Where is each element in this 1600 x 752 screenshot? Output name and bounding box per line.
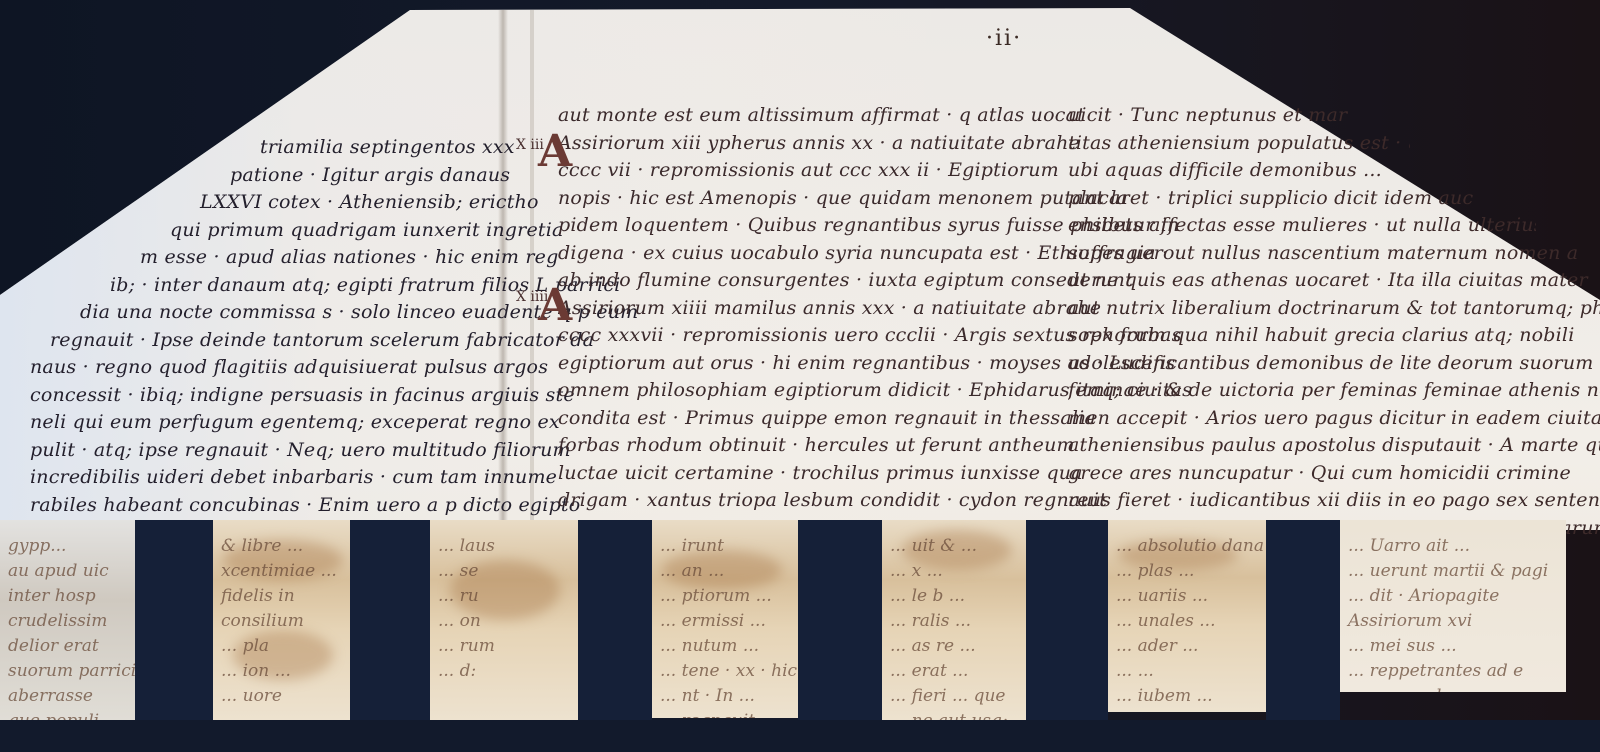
cut-gap [1266, 520, 1340, 752]
manuscript-line: us · Ludificantibus demonibus de lite de… [1068, 350, 1600, 378]
strip-line: ... pla [221, 634, 337, 659]
strip-line: ... d: [438, 659, 495, 684]
parchment-strip: ... absolutio dana... plas ...... uariis… [1108, 520, 1266, 712]
strip-line: ... uore [221, 684, 337, 709]
strip-line: ... ru [438, 584, 495, 609]
strip-line: inter hosp [8, 584, 135, 609]
strip-line: ... x ... [890, 559, 1008, 584]
strip-line: & libre ... [221, 534, 337, 559]
strip-line: ... absolutio dana [1116, 534, 1264, 559]
strip-line: ... uariis ... [1116, 584, 1264, 609]
decorated-initial: A [538, 280, 572, 331]
strip-line: fidelis in [221, 584, 337, 609]
manuscript-line: feminae · & de uictoria per feminas femi… [1068, 377, 1600, 405]
parchment-strip: ... uit & ...... x ...... le b ...... ra… [882, 520, 1026, 720]
strip-line: gypp... [8, 534, 135, 559]
strip-line: Assiriorum xvi [1348, 609, 1548, 634]
cut-gap [1026, 520, 1108, 752]
parchment-strip: ... irunt... an ...... ptiorum ...... er… [652, 520, 798, 718]
strip-line: aberrasse [8, 684, 135, 709]
strip-line: ... ralis ... [890, 609, 1008, 634]
strip-line: ... orum educere [1348, 684, 1548, 692]
strip-line: ... iubem ... [1116, 684, 1264, 709]
strip-line: ... ermissi ... [660, 609, 798, 634]
strip-line: ... dit · Ariopagite [1348, 584, 1548, 609]
parchment-strip: & libre ...xcentimiae ...fidelis inconsi… [213, 520, 350, 720]
strip-line: ... ion ... [221, 659, 337, 684]
strip-line: ... plas ... [1116, 559, 1264, 584]
strip-line: au apud uic [8, 559, 135, 584]
manuscript-line: ut ne quis eas athenas uocaret · Ita ill… [1068, 267, 1600, 295]
decorated-initial: A [538, 126, 572, 177]
manuscript-line: ensibus affectas esse mulieres · ut null… [1068, 212, 1536, 240]
strip-line: consilium [221, 609, 337, 634]
parchment-strip: ... laus... se... ru... on... rum... d: [430, 520, 578, 720]
strip-line: ... regnauit ... [660, 709, 798, 718]
cut-gap [350, 520, 430, 752]
strip-line: ... le b ... [890, 584, 1008, 609]
strip-line: ... se [438, 559, 495, 584]
manuscript-line: grece ares nuncupatur · Qui cum homicidi… [1068, 460, 1600, 488]
folio-number: ·ii· [986, 26, 1022, 51]
manuscript-line: reus fieret · iudicantibus xii diis in e… [1068, 487, 1600, 515]
strip-line: ... irunt [660, 534, 798, 559]
strip-line: ... unales ... [1116, 609, 1264, 634]
strip-line: ... Uarro ait ... [1348, 534, 1548, 559]
strip-line: ... laus [438, 534, 495, 559]
cut-gap [135, 520, 213, 752]
parchment-strip: ... Uarro ait ...... uerunt martii & pag… [1340, 520, 1566, 692]
strip-line: ... ... [1116, 659, 1264, 684]
strip-line: ... an ... [660, 559, 798, 584]
strip-line: ... nutum ... [660, 634, 798, 659]
strip-line: ... reppetrantes ad e [1348, 659, 1548, 684]
strip-line: ... nec · Anni ... [1116, 709, 1264, 712]
strip-line: crudelissim [8, 609, 135, 634]
strip-line: xcentimiae ... [221, 559, 337, 584]
parchment-strip: gypp...au apud uicinter hospcrudelissimd… [0, 520, 135, 720]
bottom-background [0, 720, 1600, 752]
strip-line: ... ne aut usq; [890, 709, 1008, 720]
strip-line: ... fieri ... que [890, 684, 1008, 709]
manuscript-line: titas atheniensium populatus est · q [1068, 130, 1410, 158]
manuscript-line: suffragia · ut nullus nascentium maternu… [1068, 240, 1578, 268]
strip-line: delior erat [8, 634, 135, 659]
strip-line: ... as re ... [890, 634, 1008, 659]
strip-line: ... uit & ... [890, 534, 1008, 559]
manuscript-line: placaret · triplici supplicio dicit idem… [1068, 185, 1494, 213]
cut-gap [578, 520, 652, 752]
manuscript-line: uicit · Tunc neptunus et mar [1068, 102, 1368, 130]
strip-line: ... on [438, 609, 495, 634]
manuscript-line: men accepit · Arios uero pagus dicitur i… [1068, 405, 1600, 433]
strip-line: ... tene · xx · hic tempor [660, 659, 798, 684]
manuscript-line: aut nutrix liberalium doctrinarum & tot … [1068, 295, 1600, 323]
manuscript-line: sophorum qua nihil habuit grecia clarius… [1068, 322, 1600, 350]
strip-line: suorum parrici [8, 659, 135, 684]
manuscript-line: atheniensibus paulus apostolus disputaui… [1068, 432, 1600, 460]
cut-gap [798, 520, 882, 752]
strip-line: ... ptiorum ... [660, 584, 798, 609]
strip-line: ... mei sus ... [1348, 634, 1548, 659]
strip-line: ... ader ... [1116, 634, 1264, 659]
strip-line: que populi [8, 709, 135, 720]
strip-line: ... rum [438, 634, 495, 659]
text-column-right: uicit · Tunc neptunus et martitas atheni… [1068, 102, 1600, 542]
strip-line: ... erat ... [890, 659, 1008, 684]
strip-line: ... uerunt martii & pagi [1348, 559, 1548, 584]
strip-line: ... nt · In ... [660, 684, 798, 709]
manuscript-line: ubi aquas difficile demonibus ... [1068, 157, 1452, 185]
